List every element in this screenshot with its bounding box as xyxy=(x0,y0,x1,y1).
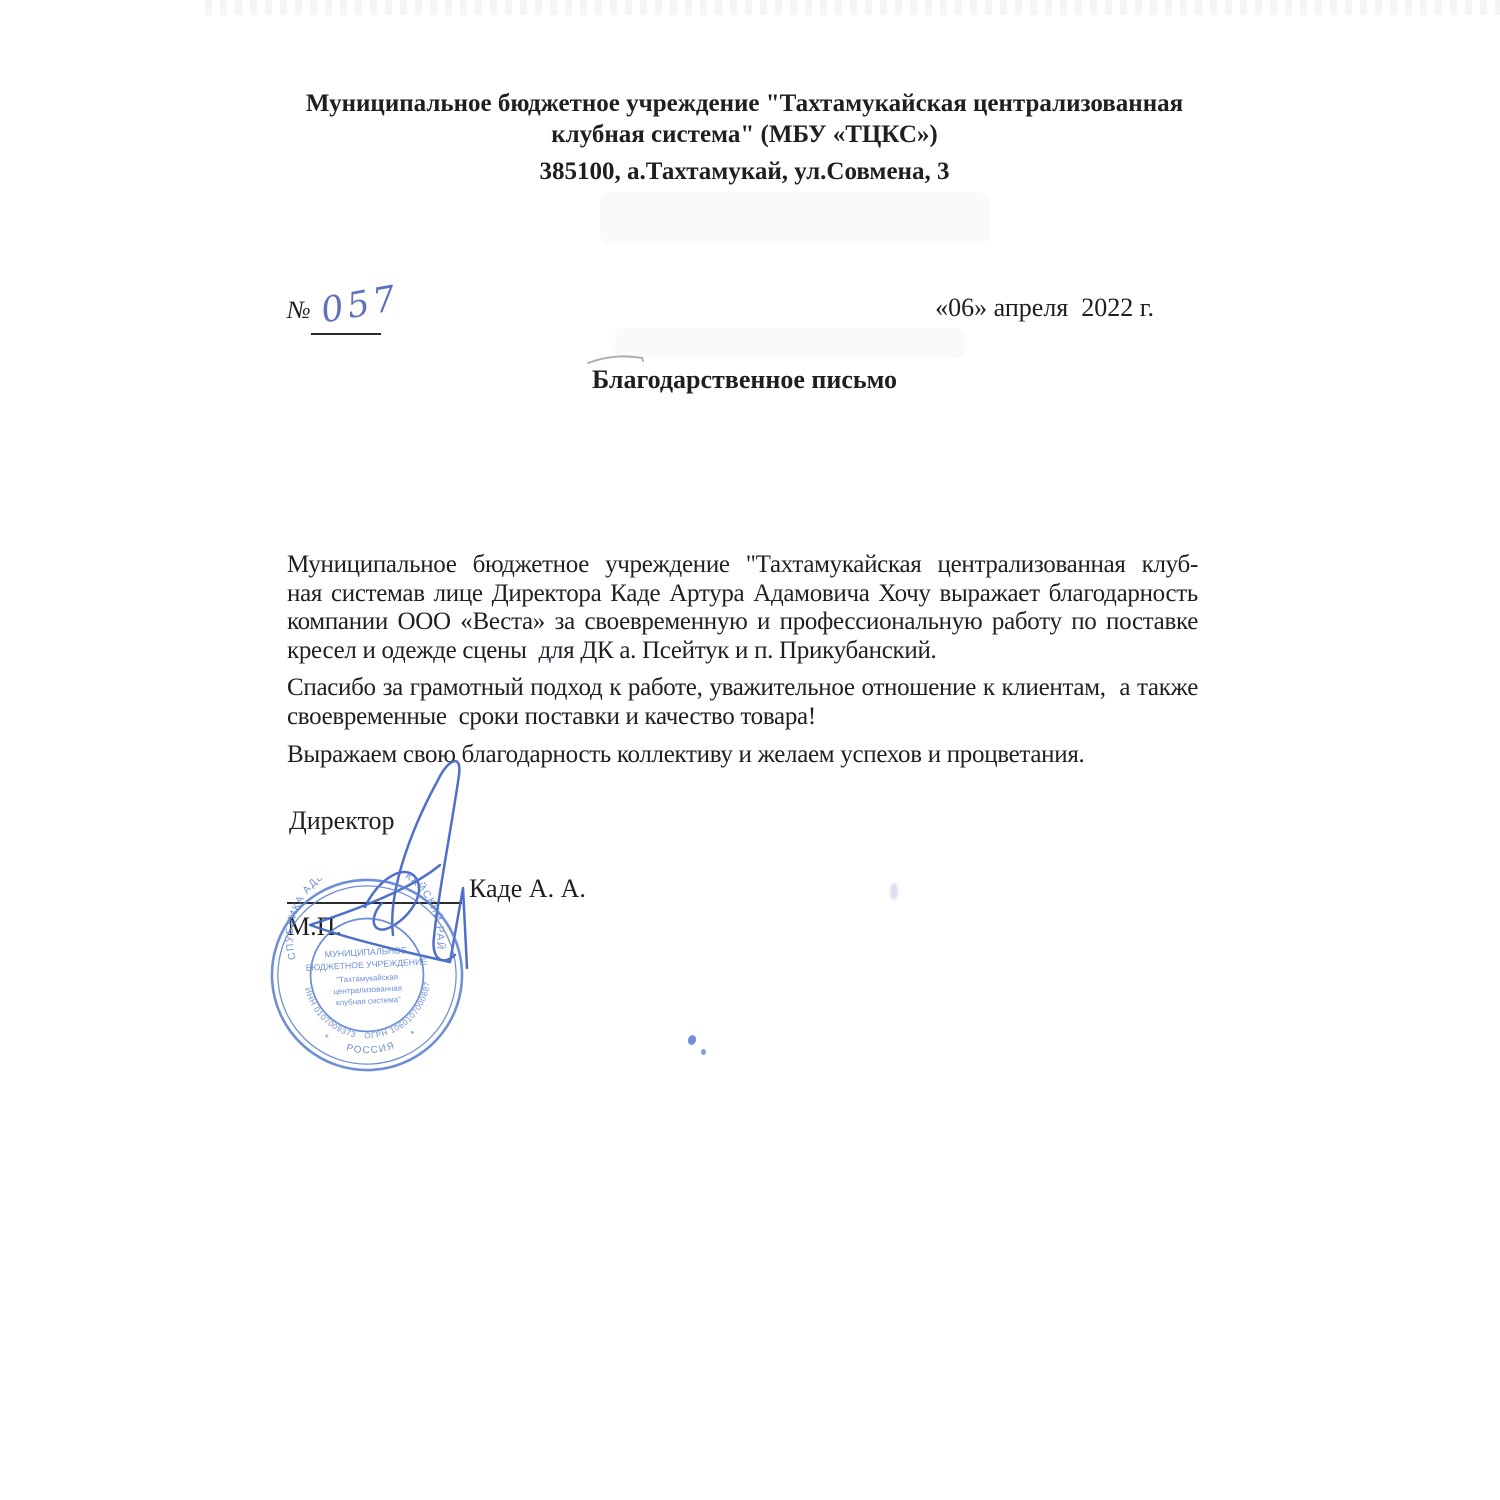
signature-name: Каде А. А. xyxy=(469,874,586,904)
stamp-center-line-4: централизованная xyxy=(333,984,402,997)
signature-autograph xyxy=(300,745,480,985)
scanned-letter-page: Муниципальное бюджетное учреждение "Тахт… xyxy=(0,0,1500,1500)
stamp-center-line-1: МУНИЦИПАЛЬНОЕ xyxy=(324,945,407,959)
signature-underline xyxy=(287,874,462,904)
paragraph: Муниципальное бюджетное учреждение "Тахт… xyxy=(287,551,1198,665)
body-line: Спасибо за грамотный подход к работе, ув… xyxy=(287,674,1198,703)
body-line: кресел и одежде сцены для ДК а. Псейтук … xyxy=(287,637,1198,666)
stamp-ring-text-numbers: ИНН 0107009373 ОГРН 1060107000887 xyxy=(303,980,435,1044)
stamp-outer-circle xyxy=(267,875,467,1075)
body-line: компании ООО «Веста» за своевременную и … xyxy=(287,608,1198,637)
scan-artifact-top-band xyxy=(205,0,1500,15)
seal-mark: М.П. xyxy=(287,912,342,942)
letter-body: Муниципальное бюджетное учреждение "Тахт… xyxy=(287,551,1198,778)
stamp-center-line-3: "Тахтамукайская xyxy=(336,972,398,984)
stamp-center-line-2: БЮДЖЕТНОЕ УЧРЕЖДЕНИЕ xyxy=(306,956,428,972)
signature-row: Каде А. А. xyxy=(287,874,586,904)
doc-number-sign: № xyxy=(287,297,311,325)
body-line: своевременные сроки поставки и качество … xyxy=(287,703,1198,732)
ink-dot xyxy=(701,1049,706,1055)
doc-number-underline xyxy=(311,333,381,335)
body-line: ная системав лице Директора Каде Артура … xyxy=(287,580,1198,609)
scan-artifact-smudge xyxy=(600,192,990,244)
ink-dot xyxy=(687,1034,698,1046)
doc-date: «06» апреля 2022 г. xyxy=(935,293,1198,323)
doc-number-handwritten: 057 xyxy=(318,278,403,331)
doc-number: № 057 xyxy=(287,293,487,343)
signature-role: Директор xyxy=(289,806,395,836)
org-name-line-1: Муниципальное бюджетное учреждение "Тахт… xyxy=(289,88,1200,119)
stamp-middle-circle xyxy=(273,881,460,1068)
body-line: Муниципальное бюджетное учреждение "Тахт… xyxy=(287,551,1198,580)
paragraph: Спасибо за грамотный подход к работе, ув… xyxy=(287,674,1198,731)
doc-title: Благодарственное письмо xyxy=(289,365,1200,395)
ink-smudge xyxy=(890,883,898,900)
body-line: Выражаем свою благодарность коллективу и… xyxy=(287,741,1198,770)
org-name-line-2: клубная система" (МБУ «ТЦКС») xyxy=(289,119,1200,150)
letterhead: Муниципальное бюджетное учреждение "Тахт… xyxy=(289,88,1200,187)
org-address: 385100, а.Тахтамукай, ул.Совмена, 3 xyxy=(289,156,1200,187)
signature-stroke xyxy=(392,761,459,960)
stamp-ring-text-country: * РОССИЯ * xyxy=(320,1028,420,1059)
stamp-center-line-5: клубная система" xyxy=(336,995,401,1007)
reference-row: № 057 «06» апреля 2022 г. xyxy=(287,293,1198,343)
paragraph: Выражаем свою благодарность коллективу и… xyxy=(287,741,1198,770)
